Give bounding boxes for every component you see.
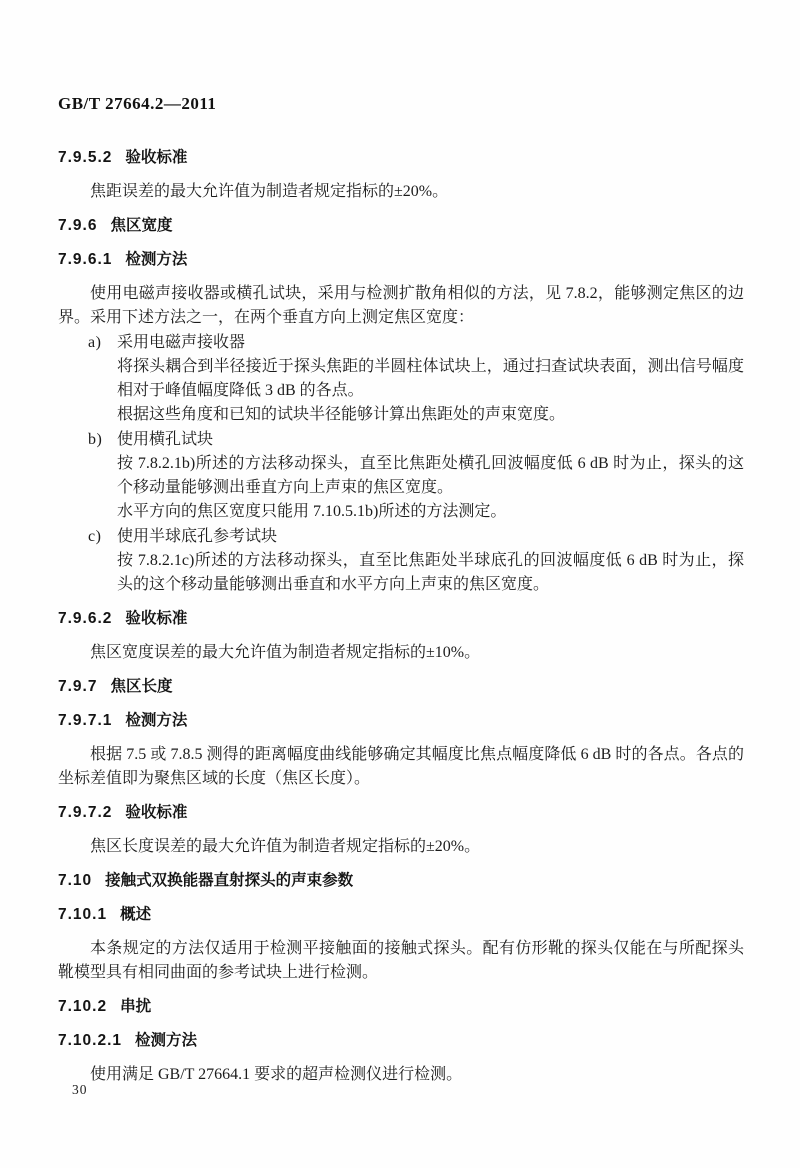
section-number: 7.9.6.2 bbox=[58, 610, 112, 627]
document-page: GB/T 27664.2—2011 7.9.5.2验收标准焦距误差的最大允许值为… bbox=[0, 0, 800, 1168]
list-item-body: 采用电磁声接收器将探头耦合到半径接近于探头焦距的半圆柱体试块上，通过扫查试块表面… bbox=[117, 331, 744, 427]
section-heading: 7.9.7焦区长度 bbox=[58, 675, 744, 699]
section-number: 7.9.7.2 bbox=[58, 804, 112, 821]
section-number: 7.10 bbox=[58, 872, 92, 889]
section-title: 焦区长度 bbox=[110, 678, 172, 695]
list-marker: b) bbox=[88, 428, 117, 452]
list-item-paragraph: 将探头耦合到半径接近于探头焦距的半圆柱体试块上，通过扫查试块表面，测出信号幅度相… bbox=[117, 355, 744, 403]
section-number: 7.9.6 bbox=[58, 217, 97, 234]
page-number: 30 bbox=[72, 1082, 88, 1098]
list-item-paragraph: 按 7.8.2.1c)所述的方法移动探头，直至比焦距处半球底孔的回波幅度低 6 … bbox=[117, 549, 744, 597]
section-title: 检测方法 bbox=[135, 1032, 197, 1049]
section-title: 验收标准 bbox=[125, 610, 187, 627]
list-item-body: 使用半球底孔参考试块按 7.8.2.1c)所述的方法移动探头，直至比焦距处半球底… bbox=[117, 525, 744, 597]
list-item: b)使用横孔试块按 7.8.2.1b)所述的方法移动探头，直至比焦距处横孔回波幅… bbox=[58, 428, 744, 524]
section-heading: 7.9.6.2验收标准 bbox=[58, 607, 744, 631]
list-item: c)使用半球底孔参考试块按 7.8.2.1c)所述的方法移动探头，直至比焦距处半… bbox=[58, 525, 744, 597]
section-number: 7.9.6.1 bbox=[58, 251, 112, 268]
section-title: 检测方法 bbox=[125, 712, 187, 729]
section-number: 7.9.7.1 bbox=[58, 712, 112, 729]
section-number: 7.9.7 bbox=[58, 678, 97, 695]
section-number: 7.9.5.2 bbox=[58, 149, 112, 166]
paragraph: 使用满足 GB/T 27664.1 要求的超声检测仪进行检测。 bbox=[58, 1063, 744, 1087]
section-title: 检测方法 bbox=[125, 251, 187, 268]
document-standard-number: GB/T 27664.2—2011 bbox=[58, 94, 216, 114]
list-item-title: 采用电磁声接收器 bbox=[117, 331, 744, 355]
section-heading: 7.9.6.1检测方法 bbox=[58, 248, 744, 272]
list-item-paragraph: 按 7.8.2.1b)所述的方法移动探头，直至比焦距处横孔回波幅度低 6 dB … bbox=[117, 452, 744, 500]
paragraph: 使用电磁声接收器或横孔试块，采用与检测扩散角相似的方法，见 7.8.2，能够测定… bbox=[58, 282, 744, 330]
list-marker: c) bbox=[88, 525, 117, 549]
section-heading: 7.10.1概述 bbox=[58, 903, 744, 927]
section-number: 7.10.2 bbox=[58, 998, 107, 1015]
section-title: 串扰 bbox=[120, 998, 151, 1015]
section-title: 焦区宽度 bbox=[110, 217, 172, 234]
section-title: 接触式双换能器直射探头的声束参数 bbox=[105, 872, 353, 889]
paragraph: 本条规定的方法仅适用于检测平接触面的接触式探头。配有仿形靴的探头仅能在与所配探头… bbox=[58, 937, 744, 985]
paragraph: 焦距误差的最大允许值为制造者规定指标的±20%。 bbox=[58, 180, 744, 204]
document-content: 7.9.5.2验收标准焦距误差的最大允许值为制造者规定指标的±20%。7.9.6… bbox=[58, 146, 744, 1087]
paragraph: 根据 7.5 或 7.8.5 测得的距离幅度曲线能够确定其幅度比焦点幅度降低 6… bbox=[58, 743, 744, 791]
paragraph: 焦区长度误差的最大允许值为制造者规定指标的±20%。 bbox=[58, 835, 744, 859]
paragraph: 焦区宽度误差的最大允许值为制造者规定指标的±10%。 bbox=[58, 641, 744, 665]
section-heading: 7.10.2串扰 bbox=[58, 995, 744, 1019]
list-item: a)采用电磁声接收器将探头耦合到半径接近于探头焦距的半圆柱体试块上，通过扫查试块… bbox=[58, 331, 744, 427]
section-heading: 7.9.5.2验收标准 bbox=[58, 146, 744, 170]
section-heading: 7.9.7.1检测方法 bbox=[58, 709, 744, 733]
list-item-paragraph: 根据这些角度和已知的试块半径能够计算出焦距处的声束宽度。 bbox=[117, 403, 744, 427]
section-number: 7.10.2.1 bbox=[58, 1032, 122, 1049]
section-title: 验收标准 bbox=[125, 149, 187, 166]
list-item-title: 使用半球底孔参考试块 bbox=[117, 525, 744, 549]
section-heading: 7.9.7.2验收标准 bbox=[58, 801, 744, 825]
list-item-paragraph: 水平方向的焦区宽度只能用 7.10.5.1b)所述的方法测定。 bbox=[117, 500, 744, 524]
list-marker: a) bbox=[88, 331, 117, 355]
section-heading: 7.9.6焦区宽度 bbox=[58, 214, 744, 238]
section-heading: 7.10接触式双换能器直射探头的声束参数 bbox=[58, 869, 744, 893]
list-item-title: 使用横孔试块 bbox=[117, 428, 744, 452]
list-item-body: 使用横孔试块按 7.8.2.1b)所述的方法移动探头，直至比焦距处横孔回波幅度低… bbox=[117, 428, 744, 524]
section-title: 验收标准 bbox=[125, 804, 187, 821]
section-heading: 7.10.2.1检测方法 bbox=[58, 1029, 744, 1053]
section-title: 概述 bbox=[120, 906, 151, 923]
section-number: 7.10.1 bbox=[58, 906, 107, 923]
